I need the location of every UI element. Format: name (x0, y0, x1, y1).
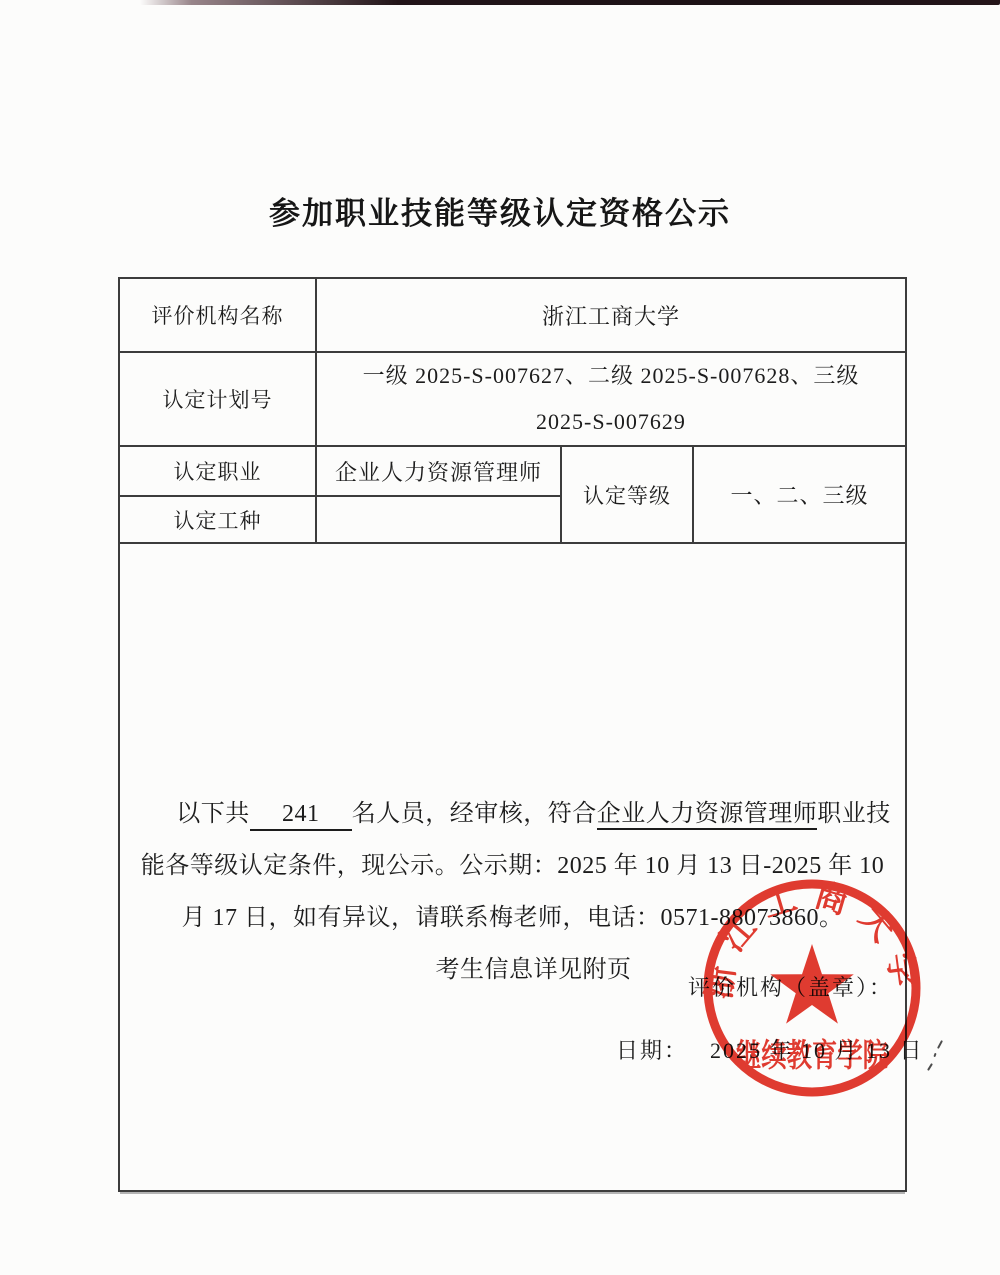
seal-bottom-text: 继续教育学院 (736, 1037, 888, 1073)
scan-artifact-pen-mark (937, 1040, 943, 1049)
date-label: 日期： (616, 1038, 688, 1063)
plan-number-label: 认定计划号 (119, 352, 316, 446)
notice-line1-suffix: 职业技 (817, 801, 891, 827)
table-row-occupation: 认定职业 企业人力资源管理师 认定等级 一、二、三级 (119, 446, 906, 496)
official-seal: 浙江工商大学 继续教育学院 (694, 870, 930, 1106)
scan-artifact-top-edge (140, 0, 1000, 5)
headcount-underlined: 241 (250, 799, 352, 831)
org-name-value: 浙江工商大学 (316, 278, 906, 352)
scan-artifact-pen-mark (933, 1053, 936, 1057)
seal-star-icon (770, 944, 854, 1024)
notice-line1-mid: 名人员，经审核，符合 (352, 801, 597, 827)
occupation-underlined: 企业人力资源管理师 (597, 801, 818, 830)
org-name-label: 评价机构名称 (119, 278, 316, 352)
occupation-value: 企业人力资源管理师 (316, 446, 561, 496)
level-label: 认定等级 (561, 446, 693, 543)
occupation-label: 认定职业 (119, 446, 316, 496)
plan-number-value: 一级 2025-S-007627、二级 2025-S-007628、三级 202… (316, 352, 906, 446)
plan-number-line2: 2025-S-007629 (317, 399, 905, 445)
plan-number-line1: 一级 2025-S-007627、二级 2025-S-007628、三级 (317, 353, 905, 399)
table-row-plan: 认定计划号 一级 2025-S-007627、二级 2025-S-007628、… (119, 352, 906, 446)
document-page: 参加职业技能等级认定资格公示 评价机构名称 浙江工商大学 认定计划号 一级 20… (0, 0, 1000, 1275)
page-title: 参加职业技能等级认定资格公示 (0, 188, 1000, 233)
trade-value (316, 496, 561, 543)
level-value: 一、二、三级 (693, 446, 906, 543)
notice-line-1: 以下共241名人员，经审核，符合企业人力资源管理师职业技 (134, 788, 891, 840)
trade-label: 认定工种 (119, 496, 316, 543)
notice-line1-prefix: 以下共 (176, 801, 250, 827)
table-row-org: 评价机构名称 浙江工商大学 (119, 278, 906, 352)
